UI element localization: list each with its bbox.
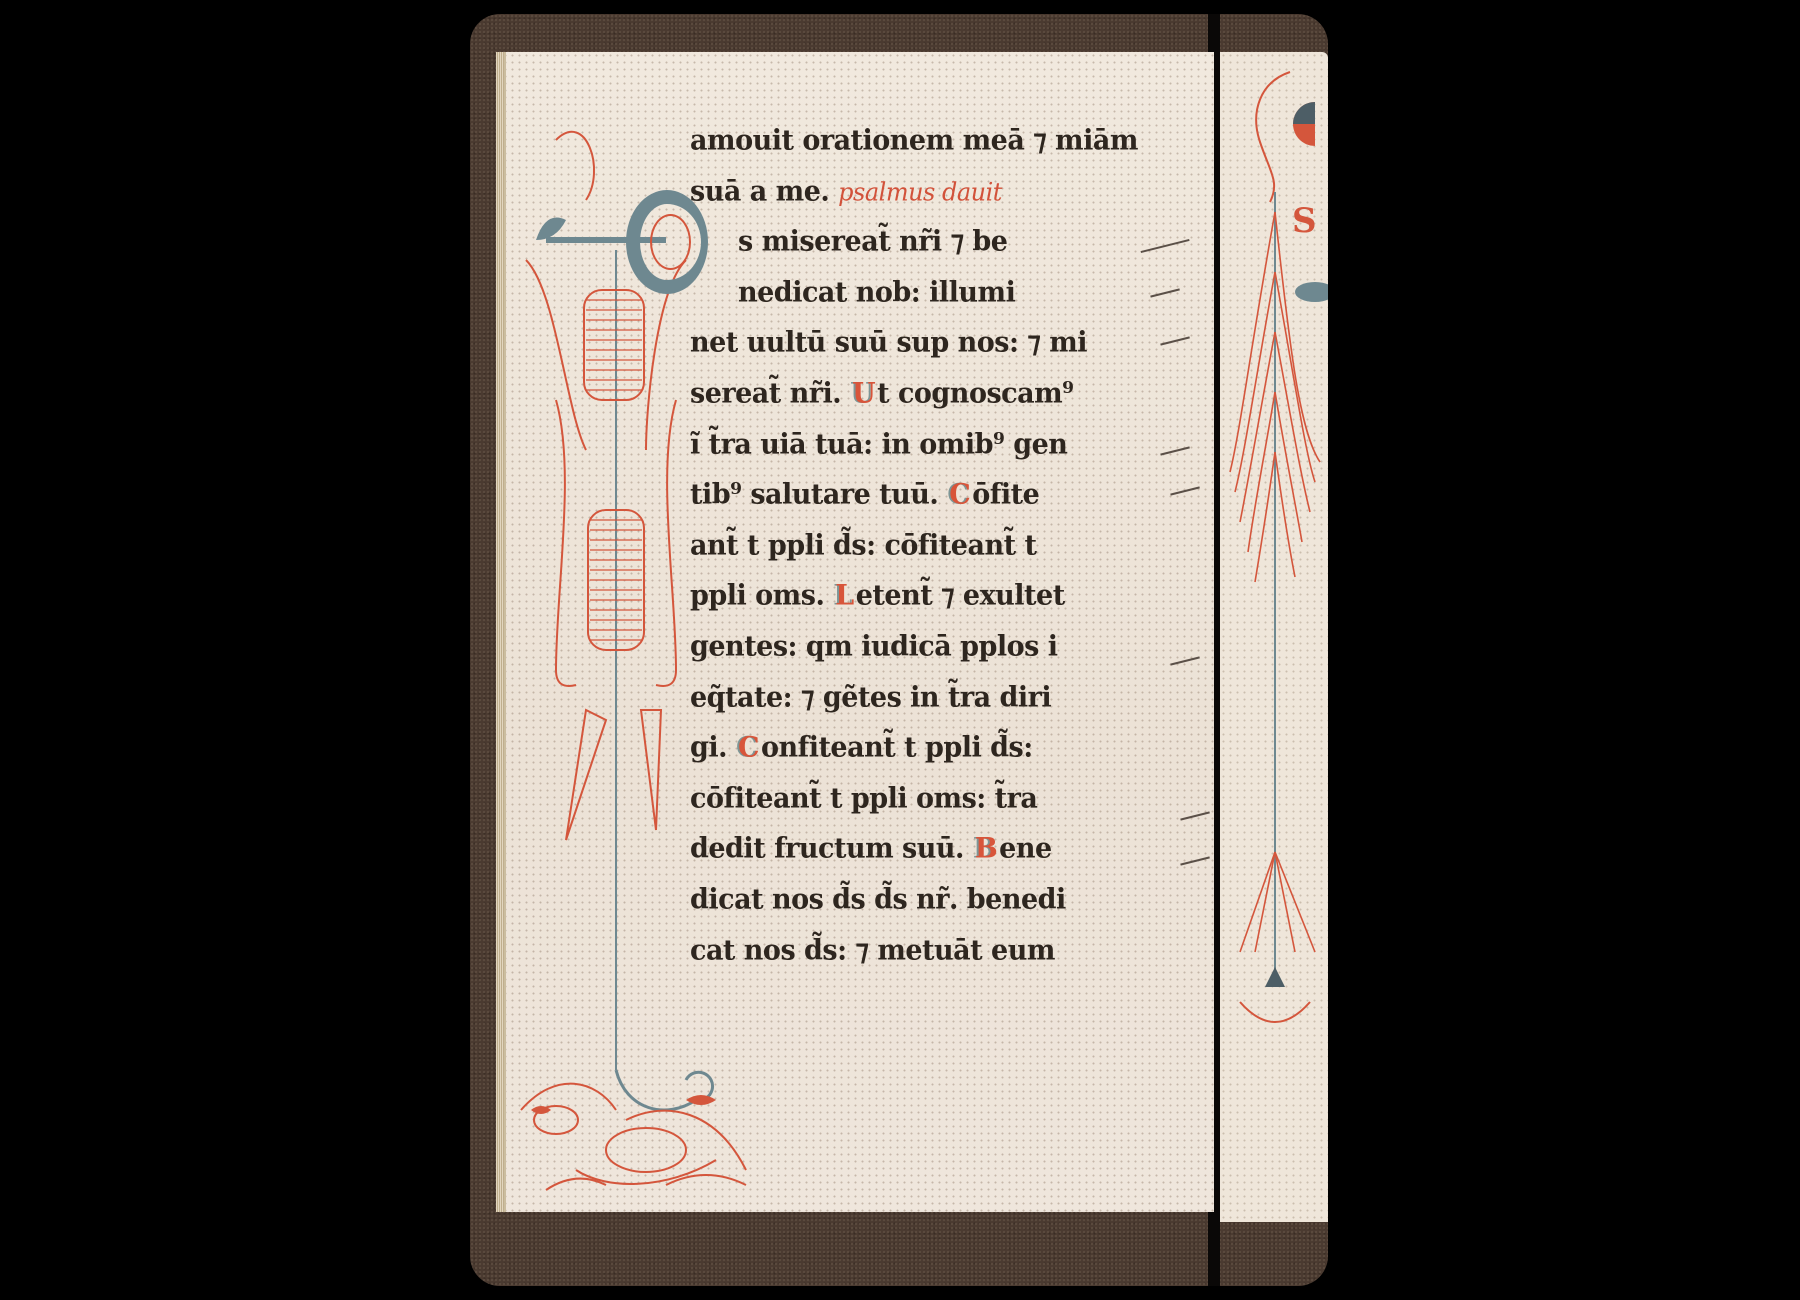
text-line: cat nos d̃s: ⁊ metuāt eum [690, 924, 1160, 977]
decorated-initial: U [850, 368, 877, 421]
text-line: nedicat nob: illumi [690, 267, 1160, 320]
text-line: ppli oms. Letent̃ ⁊ exultet [690, 570, 1160, 623]
text-segment: etent̃ ⁊ exultet [856, 580, 1065, 613]
text-line: gi. Confiteant̃ t ppli d̃s: [690, 722, 1160, 775]
text-line: eq̃tate: ⁊ gẽtes in t̃ra diri [690, 671, 1160, 724]
manuscript-text-block: amouit orationem meā ⁊ miām suā a me. ps… [690, 116, 1160, 976]
decorated-initial: C [947, 469, 972, 522]
decorated-initial: L [833, 570, 855, 623]
text-segment: gi. [690, 731, 736, 764]
text-segment: tib⁹ salutare tuū. [690, 478, 947, 511]
text-segment: sereat̃ nr̃i. [690, 377, 850, 410]
text-segment: ōfite [972, 478, 1039, 511]
text-segment: onfiteant̃ t ppli d̃s: [761, 731, 1033, 764]
text-segment: ene [999, 832, 1052, 865]
decorated-initial: B [973, 823, 999, 876]
text-line: ĩ t̃ra uiā tuā: in omib⁹ gen [690, 418, 1160, 471]
text-line: dicat nos d̃s d̃s nr̃. benedi [690, 874, 1160, 927]
svg-text:S: S [1292, 201, 1317, 241]
page-edges [496, 52, 504, 1212]
text-segment: t cognoscam⁹ [877, 377, 1073, 410]
text-line: cōfiteant̃ t ppli oms: t̃ra [690, 772, 1160, 825]
text-line: tib⁹ salutare tuū. Cōfite [690, 469, 1160, 522]
text-line: s misereat̃ nr̃i ⁊ be [690, 216, 1160, 269]
right-page-border-decoration-icon: S [1220, 52, 1328, 1222]
rubric-title: psalmus dauit [838, 177, 1002, 206]
text-line: net uultū suū sup nos: ⁊ mi [690, 317, 1160, 370]
text-segment: suā a me. [690, 175, 838, 208]
text-line: suā a me. psalmus dauit [690, 165, 1160, 218]
text-line: amouit orationem meā ⁊ miām [690, 115, 1160, 168]
text-segment: ppli oms. [690, 580, 833, 613]
decorated-initial: C [736, 722, 761, 775]
text-line: gentes: qm iudicā pplos i [690, 621, 1160, 674]
text-segment: dedit fructum suū. [690, 832, 973, 865]
text-line: dedit fructum suū. Bene [690, 823, 1160, 876]
text-line: ant̃ t ppli d̃s: cōfiteant̃ t [690, 519, 1160, 572]
text-line: sereat̃ nr̃i. Ut cognoscam⁹ [690, 368, 1160, 421]
